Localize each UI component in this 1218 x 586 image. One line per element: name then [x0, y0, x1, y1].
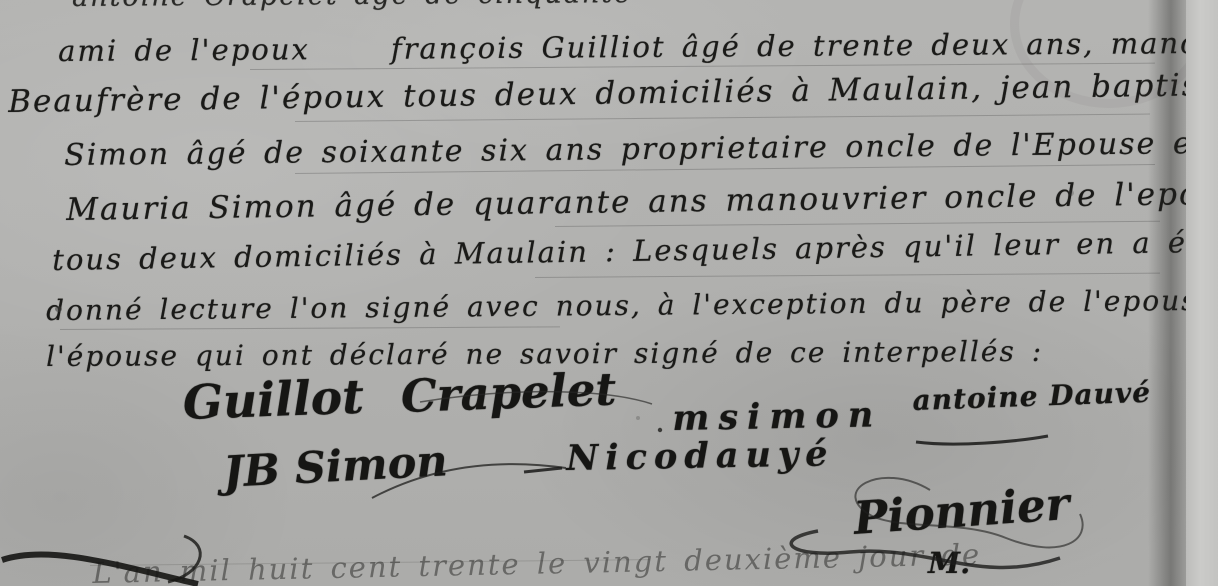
flourish-overlay: [0, 0, 1218, 586]
nicodauye-lead-dash: [524, 468, 562, 472]
page-fold-shadow: [1148, 0, 1186, 586]
scanned-document-page: antoine Crapelet âgé de cinquante ami de…: [0, 0, 1218, 586]
ink-speck: [55, 306, 62, 312]
crapelet-strike-flourish: [420, 392, 652, 404]
antoine-dauve-underline: [916, 436, 1048, 444]
ink-speck: [636, 416, 640, 420]
pionnier-loop-flourish: [791, 531, 1060, 567]
adjacent-page-edge: [1186, 0, 1218, 586]
lan-swash-flourish: [2, 554, 198, 584]
pionnier-oval-flourish: [855, 478, 1082, 548]
ink-speck: [1068, 190, 1074, 196]
crapelet-end-dot: [658, 428, 662, 432]
